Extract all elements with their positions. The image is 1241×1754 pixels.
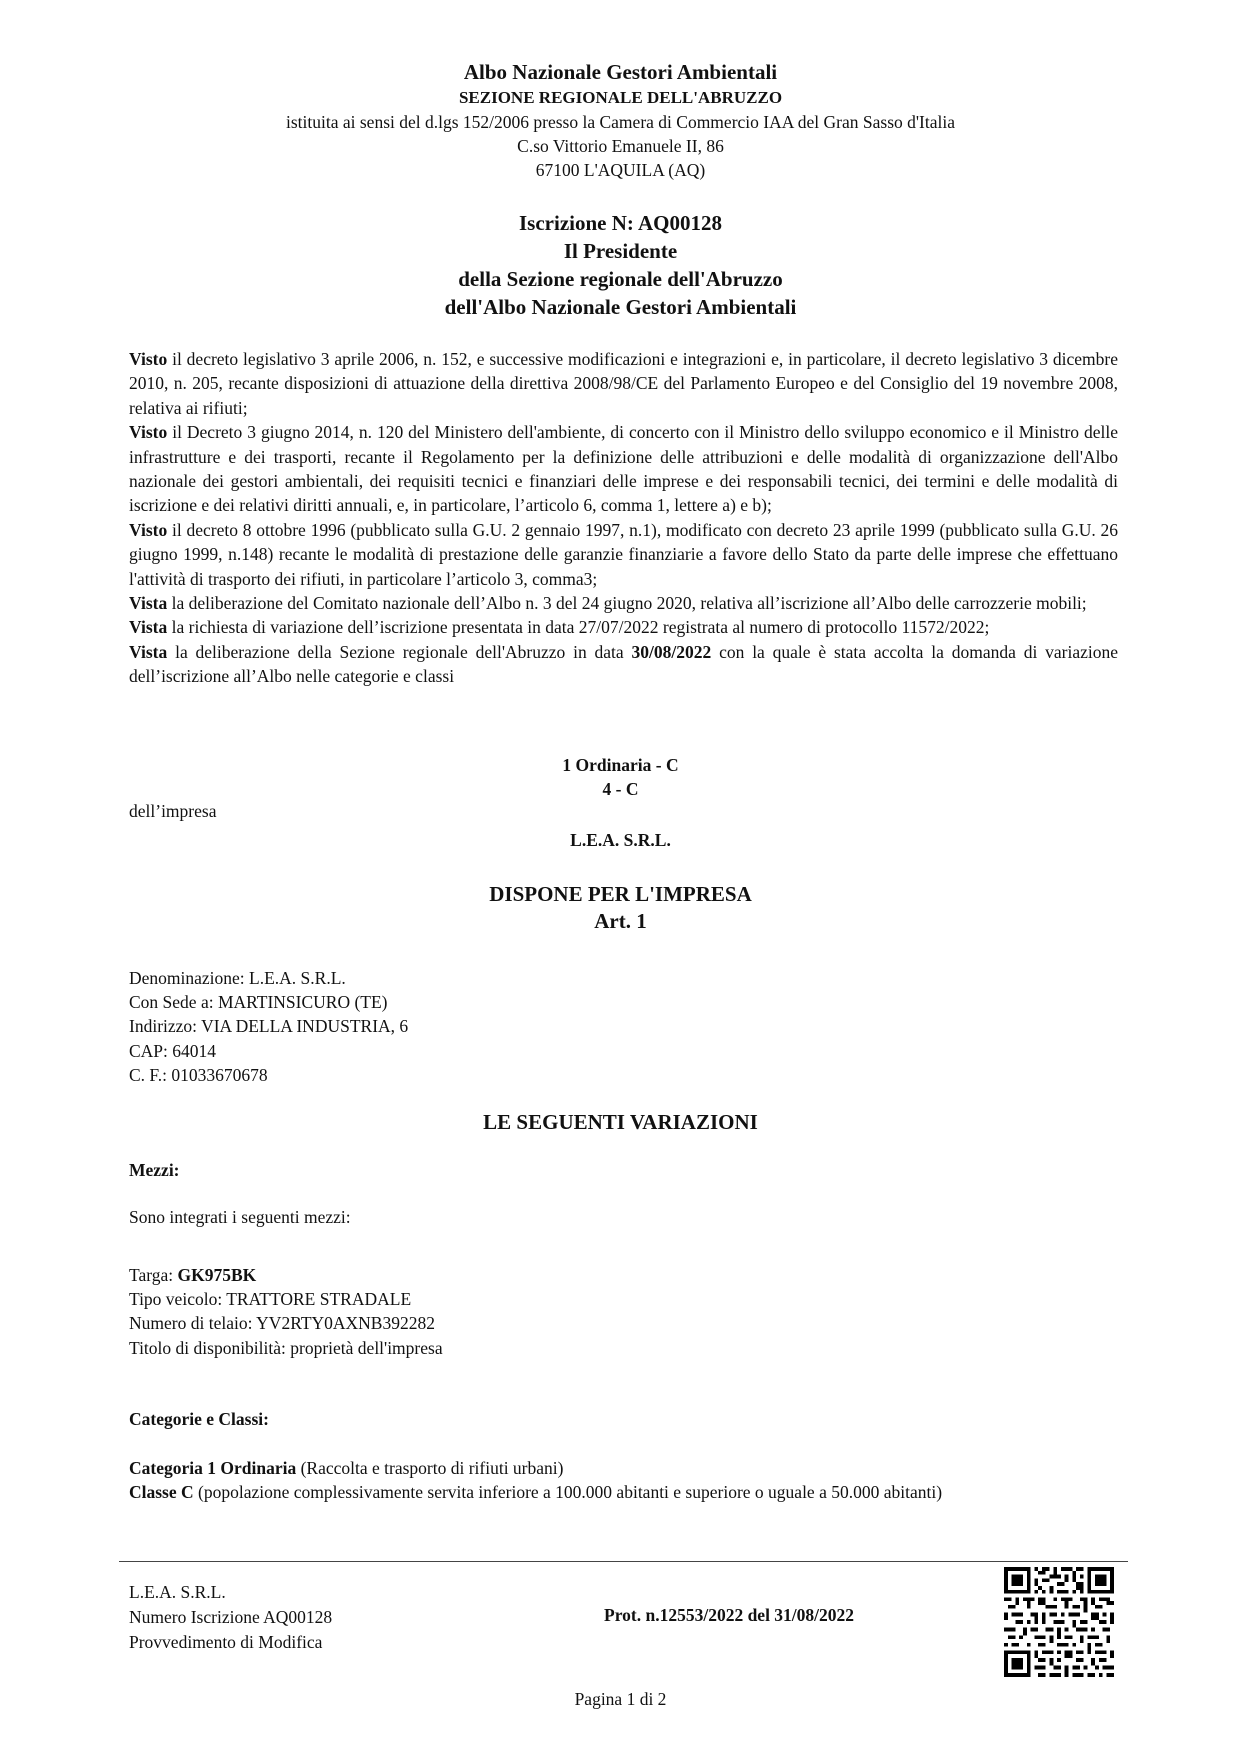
vehicle-details: Targa: GK975BK Tipo veicolo: TRATTORE ST… [129, 1263, 443, 1360]
vehicle-type: Tipo veicolo: TRATTORE STRADALE [129, 1287, 443, 1311]
company-name: L.E.A. S.R.L. [0, 828, 1241, 852]
footer-divider [119, 1561, 1128, 1562]
header-address: C.so Vittorio Emanuele II, 86 [0, 136, 1241, 157]
company-address: Indirizzo: VIA DELLA INDUSTRIA, 6 [129, 1014, 408, 1038]
header-title: Albo Nazionale Gestori Ambientali [0, 60, 1241, 85]
variations-heading: LE SEGUENTI VARIAZIONI [0, 1108, 1241, 1136]
header-city: 67100 L'AQUILA (AQ) [0, 160, 1241, 181]
page-number: Pagina 1 di 2 [0, 1689, 1241, 1710]
recitals: Visto il decreto legislativo 3 aprile 20… [129, 347, 1118, 689]
article-number: Art. 1 [0, 907, 1241, 935]
vehicles-heading: Mezzi: [129, 1160, 180, 1181]
qr-code-icon [1004, 1567, 1114, 1677]
company-tax-code: C. F.: 01033670678 [129, 1063, 408, 1087]
vehicle-plate: Targa: GK975BK [129, 1263, 443, 1287]
recital: Vista la richiesta di variazione dell’is… [129, 615, 1118, 639]
header-section: SEZIONE REGIONALE DELL'ABRUZZO [0, 88, 1241, 108]
company-cap: CAP: 64014 [129, 1039, 408, 1063]
of-company-label: dell’impresa [129, 801, 216, 822]
deliberation-date: 30/08/2022 [632, 642, 712, 662]
recital: Vista la deliberazione del Comitato nazi… [129, 591, 1118, 615]
vehicle-chassis: Numero di telaio: YV2RTY0AXNB392282 [129, 1311, 443, 1335]
recital: Visto il decreto 8 ottobre 1996 (pubblic… [129, 518, 1118, 591]
dispone-heading: DISPONE PER L'IMPRESA [0, 880, 1241, 908]
protocol-number: Prot. n.12553/2022 del 31/08/2022 [604, 1605, 854, 1626]
category-line: Categoria 1 Ordinaria (Raccolta e traspo… [129, 1456, 942, 1480]
vehicles-intro: Sono integrati i seguenti mezzi: [129, 1207, 351, 1228]
president-title: Il Presidente [0, 237, 1241, 265]
header-instituted: istituita ai sensi del d.lgs 152/2006 pr… [0, 112, 1241, 133]
footer-company: L.E.A. S.R.L. [129, 1580, 332, 1605]
class-line: Classe C (popolazione complessivamente s… [129, 1480, 942, 1504]
company-info: Denominazione: L.E.A. S.R.L. Con Sede a:… [129, 966, 408, 1087]
company-seat: Con Sede a: MARTINSICURO (TE) [129, 990, 408, 1014]
category-summary-2: 4 - C [0, 777, 1241, 801]
footer-info: L.E.A. S.R.L. Numero Iscrizione AQ00128 … [129, 1580, 332, 1655]
categories-heading: Categorie e Classi: [129, 1409, 269, 1430]
vehicle-availability: Titolo di disponibilità: proprietà dell'… [129, 1336, 443, 1360]
recital-deliberation: Vista la deliberazione della Sezione reg… [129, 640, 1118, 689]
registration-number: Iscrizione N: AQ00128 [0, 209, 1241, 237]
footer-registration: Numero Iscrizione AQ00128 [129, 1605, 332, 1630]
recital: Visto il Decreto 3 giugno 2014, n. 120 d… [129, 420, 1118, 518]
section-line: della Sezione regionale dell'Abruzzo [0, 265, 1241, 293]
company-denomination: Denominazione: L.E.A. S.R.L. [129, 966, 408, 990]
recital: Visto il decreto legislativo 3 aprile 20… [129, 347, 1118, 420]
albo-line: dell'Albo Nazionale Gestori Ambientali [0, 293, 1241, 321]
footer-document-type: Provvedimento di Modifica [129, 1630, 332, 1655]
categories-details: Categoria 1 Ordinaria (Raccolta e traspo… [129, 1456, 942, 1504]
category-summary-1: 1 Ordinaria - C [0, 753, 1241, 777]
